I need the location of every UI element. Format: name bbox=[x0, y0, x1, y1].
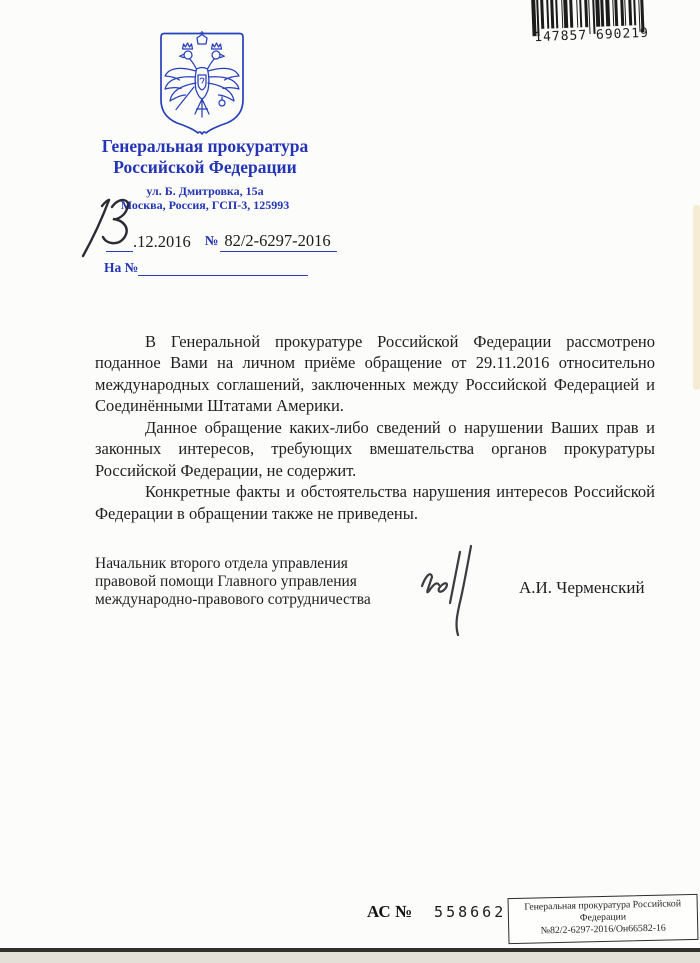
coat-of-arms-icon bbox=[152, 30, 252, 142]
reference-line: .12.2016 № 82/2-6297-2016 bbox=[106, 230, 337, 252]
letter-body: В Генеральной прокуратуре Российской Фед… bbox=[95, 331, 655, 524]
text-line: Российской Федерации, не содержит. bbox=[95, 460, 655, 481]
paragraph: В Генеральной прокуратуре Российской Фед… bbox=[95, 331, 655, 417]
org-name-line2: Российской Федерации bbox=[45, 157, 365, 178]
barcode-digits: 147857 690219 bbox=[532, 26, 650, 46]
position-line: международно-правового сотрудничества bbox=[95, 591, 425, 609]
signer-position: Начальник второго отдела управленияправо… bbox=[95, 555, 425, 608]
text-line: В Генеральной прокуратуре Российской Фед… bbox=[95, 331, 655, 352]
date-suffix: .12.2016 bbox=[133, 231, 191, 252]
reply-label: На № bbox=[104, 259, 138, 276]
text-line: Федерации в обращении также не приведены… bbox=[95, 503, 655, 524]
text-line: Соединёнными Штатами Америки. bbox=[95, 395, 655, 416]
org-name-line1: Генеральная прокуратура bbox=[45, 136, 365, 157]
ac-label: АС № bbox=[367, 902, 412, 922]
text-line: Данное обращение каких-либо сведений о н… bbox=[95, 417, 655, 438]
position-line: правовой помощи Главного управления bbox=[95, 573, 425, 591]
paragraph: Данное обращение каких-либо сведений о н… bbox=[95, 417, 655, 481]
registration-stamp: Генеральная прокуратура РоссийскойФедера… bbox=[508, 894, 699, 944]
day-underline bbox=[106, 232, 133, 252]
registration-row: АС № 558662 bbox=[367, 902, 506, 922]
reply-reference-line: На № bbox=[104, 259, 308, 276]
text-line: законных интересов, требующих вмешательс… bbox=[95, 438, 655, 459]
text-line: международных соглашений, заключенных ме… bbox=[95, 374, 655, 395]
text-line: поданное Вами на личном приёме обращение… bbox=[95, 352, 655, 373]
paragraph: Конкретные факты и обстоятельства наруше… bbox=[95, 481, 655, 524]
text-line: Конкретные факты и обстоятельства наруше… bbox=[95, 481, 655, 502]
reply-underline bbox=[138, 260, 308, 276]
number-sign: № bbox=[205, 230, 219, 251]
scan-bottom-strip bbox=[0, 952, 700, 963]
signer-name: А.И. Черменский bbox=[519, 578, 645, 598]
barcode: 147857 690219 bbox=[531, 0, 651, 45]
scanned-letter-page: 147857 690219 bbox=[0, 0, 700, 963]
scan-edge-tint bbox=[693, 205, 700, 390]
ac-number: 558662 bbox=[434, 903, 506, 921]
org-name: Генеральная прокуратура Российской Федер… bbox=[45, 136, 365, 177]
signature-handwriting bbox=[412, 540, 490, 640]
position-line: Начальник второго отдела управления bbox=[95, 555, 425, 573]
outgoing-number: 82/2-6297-2016 bbox=[220, 230, 336, 252]
